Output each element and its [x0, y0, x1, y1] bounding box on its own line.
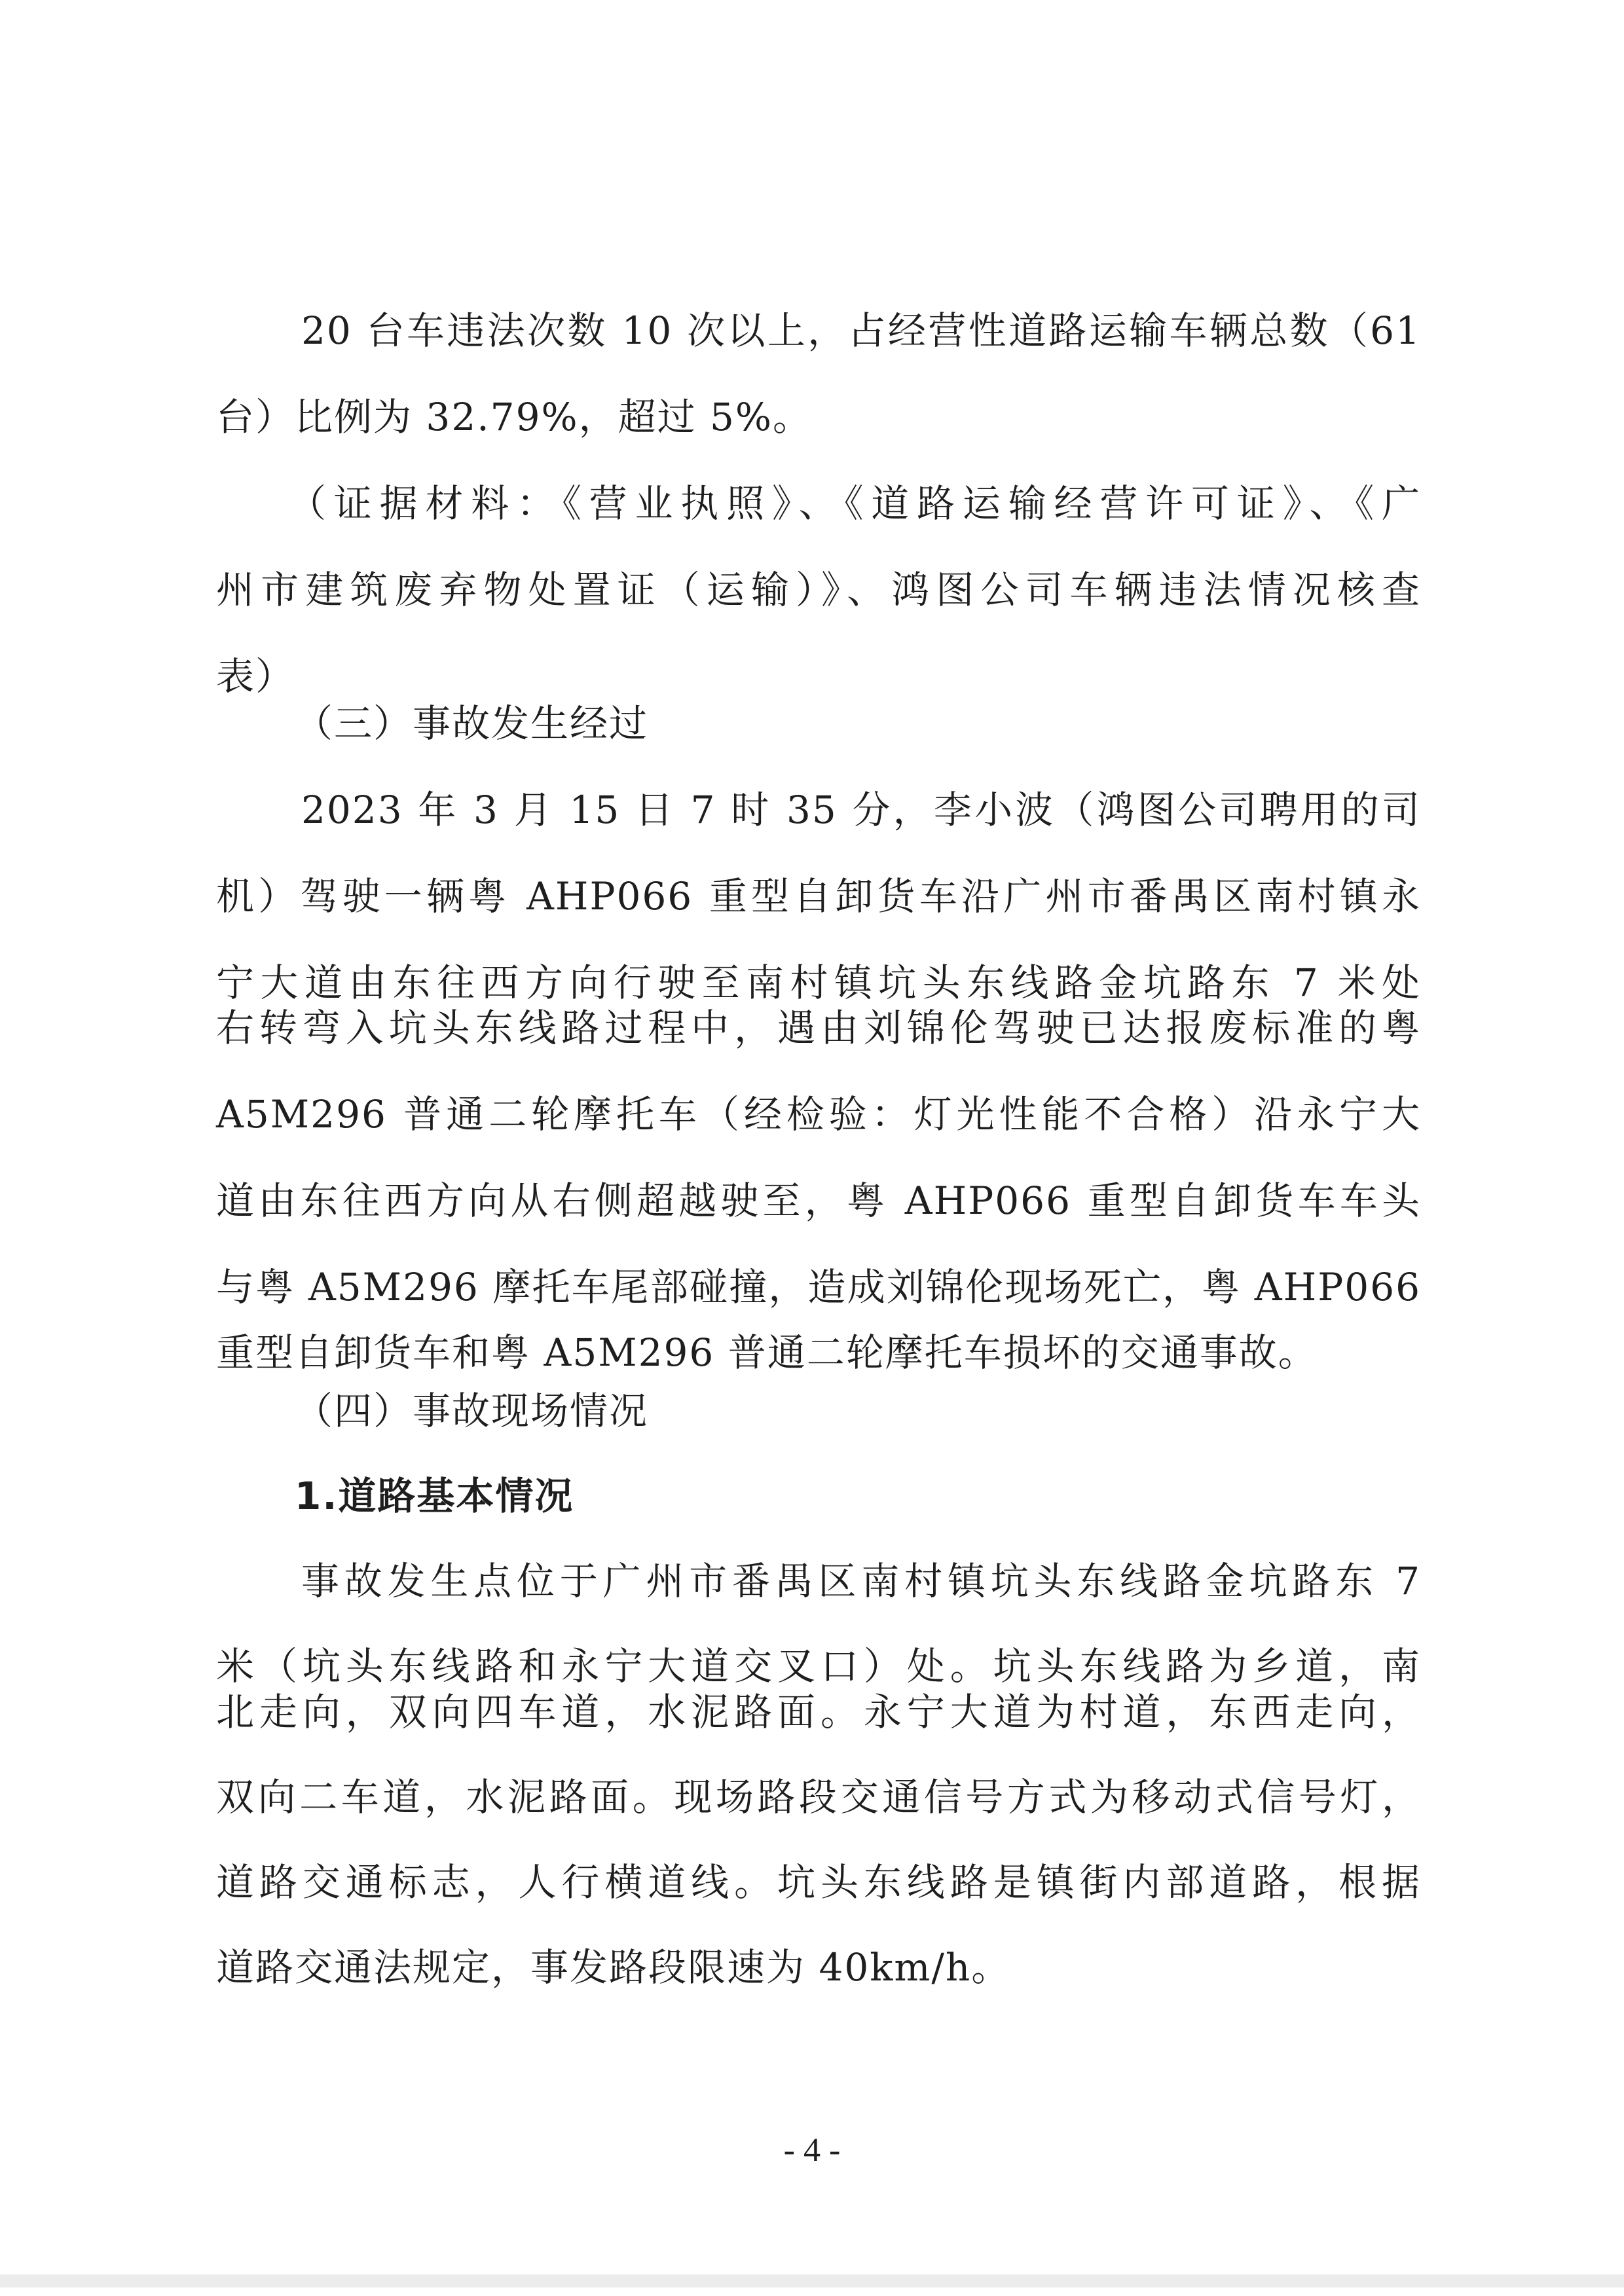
- section-4-line-2: 米（坑头东线路和永宁大道交叉口）处。坑头东线路为乡道，南: [216, 1640, 1421, 1692]
- document-page: 20 台车违法次数 10 次以上，占经营性道路运输车辆总数（61 台）比例为 3…: [0, 0, 1624, 2296]
- evidence-line-2: 州市建筑废弃物处置证（运输）》、鸿图公司车辆违法情况核查: [216, 564, 1421, 616]
- evidence-line-3: 表）: [216, 650, 1421, 702]
- section-4-line-1: 事故发生点位于广州市番禺区南村镇坑头东线路金坑路东 7: [301, 1555, 1421, 1607]
- section-4-line-4: 双向二车道，水泥路面。现场路段交通信号方式为移动式信号灯，: [216, 1771, 1421, 1823]
- page-number: - 4 -: [0, 2131, 1624, 2170]
- section-3-line-6: 道由东往西方向从右侧超越驶至，粤 AHP066 重型自卸货车车头: [216, 1175, 1421, 1227]
- section-4-subheading: 1.道路基本情况: [295, 1470, 574, 1522]
- section-3-line-8: 重型自卸货车和粤 A5M296 普通二轮摩托车损坏的交通事故。: [216, 1326, 1421, 1379]
- section-3-line-2: 机）驾驶一辆粤 AHP066 重型自卸货车沿广州市番禺区南村镇永: [216, 870, 1421, 922]
- section-3-line-7: 与粤 A5M296 摩托车尾部碰撞，造成刘锦伦现场死亡，粤 AHP066: [216, 1261, 1421, 1313]
- section-4-line-6: 道路交通法规定，事发路段限速为 40km/h。: [216, 1941, 1421, 1994]
- evidence-line-1: （证据材料：《营业执照》、《道路运输经营许可证》、《广: [288, 477, 1421, 530]
- section-3-line-5: A5M296 普通二轮摩托车（经检验：灯光性能不合格）沿永宁大: [216, 1088, 1421, 1140]
- paragraph-1-line-2: 台）比例为 32.79%，超过 5%。: [216, 391, 1421, 443]
- paragraph-1-line-1: 20 台车违法次数 10 次以上，占经营性道路运输车辆总数（61: [301, 304, 1421, 357]
- section-3-line-1: 2023 年 3 月 15 日 7 时 35 分，李小波（鸿图公司聘用的司: [301, 784, 1421, 836]
- scan-edge-band: [0, 2274, 1624, 2287]
- section-4-heading: （四）事故现场情况: [295, 1385, 648, 1437]
- section-4-line-5: 道路交通标志，人行横道线。坑头东线路是镇街内部道路，根据: [216, 1856, 1421, 1908]
- section-3-line-4: 右转弯入坑头东线路过程中，遇由刘锦伦驾驶已达报废标准的粤: [216, 1002, 1421, 1054]
- section-4-line-3: 北走向，双向四车道，水泥路面。永宁大道为村道，东西走向，: [216, 1686, 1421, 1738]
- section-3-line-3: 宁大道由东往西方向行驶至南村镇坑头东线路金坑路东 7 米处: [216, 957, 1421, 1009]
- section-3-heading: （三）事故发生经过: [295, 697, 648, 750]
